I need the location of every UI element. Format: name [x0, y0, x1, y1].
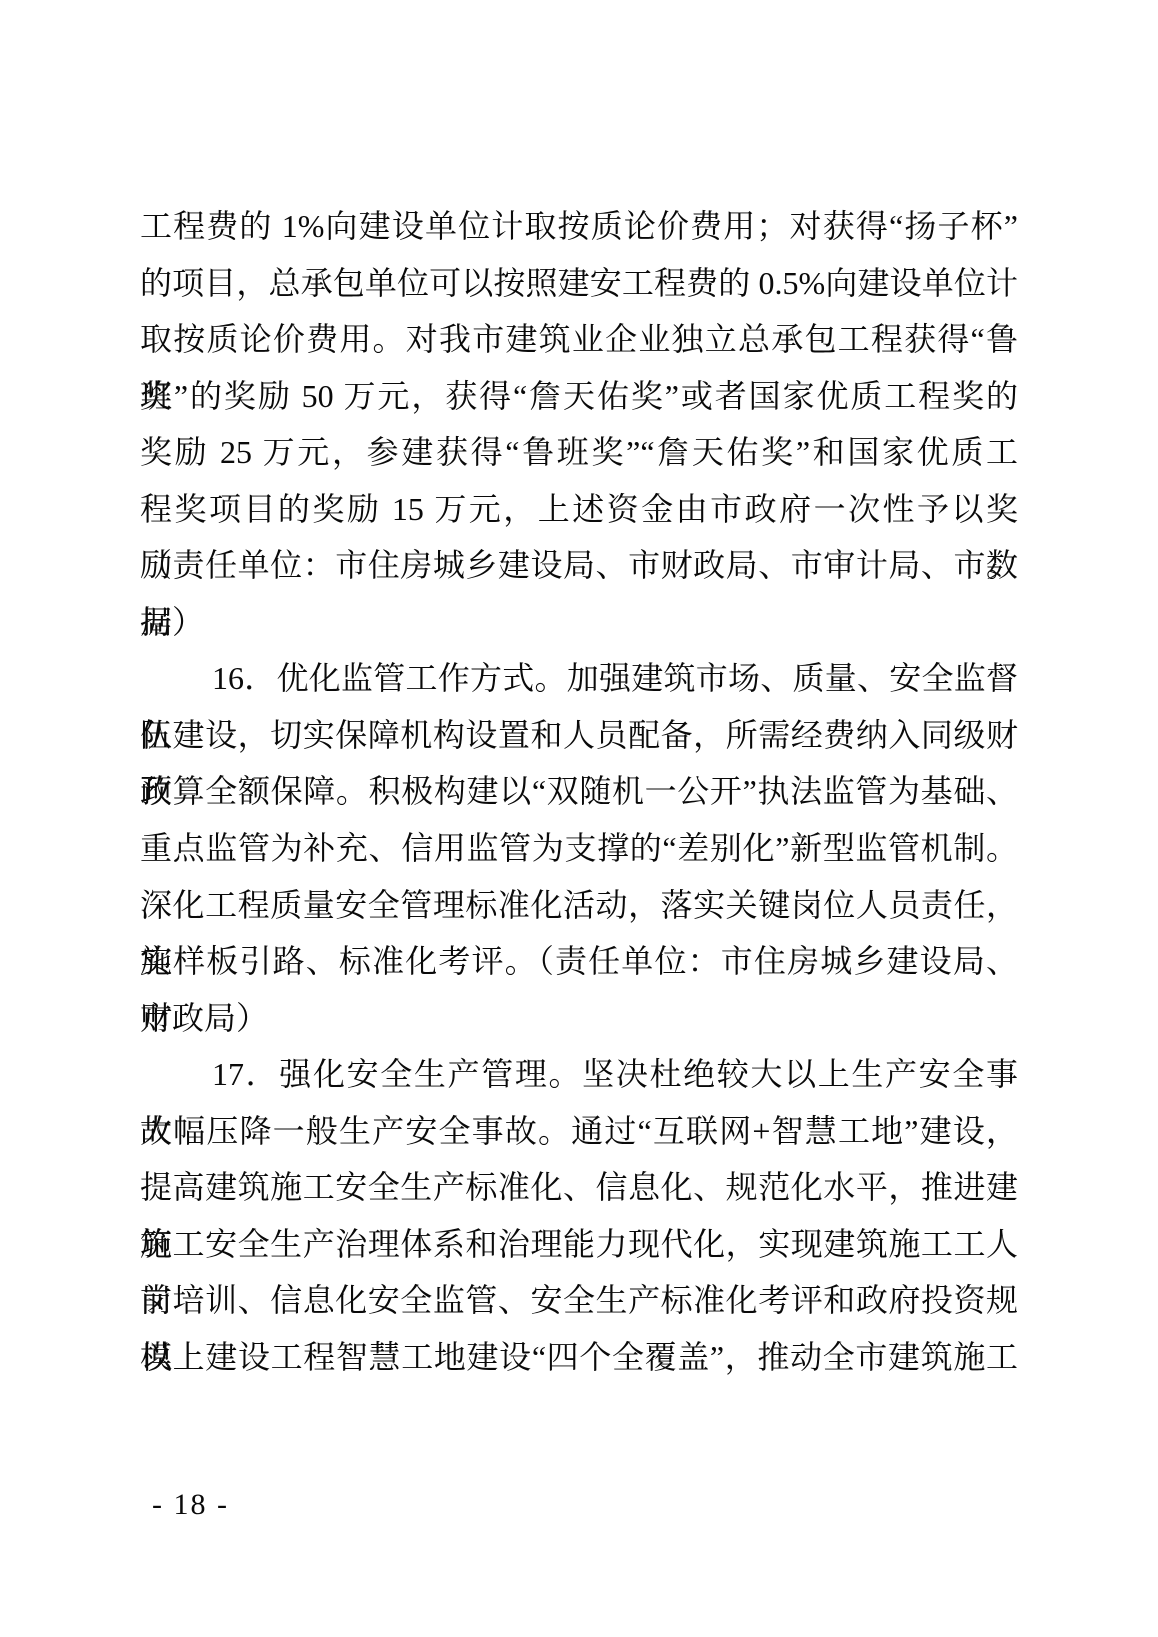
document-line: 大幅压降一般生产安全事故。通过“互联网+智慧工地”建设， — [140, 1103, 1018, 1160]
document-line: 局） — [140, 594, 1018, 651]
document-line: 16．优化监管工作方式。加强建筑市场、质量、安全监督队 — [140, 650, 1018, 707]
document-line: 施工安全生产治理体系和治理能力现代化，实现建筑施工工人岗 — [140, 1216, 1018, 1273]
document-line: 17．强化安全生产管理。坚决杜绝较大以上生产安全事故， — [140, 1046, 1018, 1103]
document-line: 的项目，总承包单位可以按照建安工程费的 0.5%向建设单位计 — [140, 255, 1018, 312]
document-line: 伍建设，切实保障机构设置和人员配备，所需经费纳入同级财政 — [140, 707, 1018, 764]
document-line: 工程费的 1%向建设单位计取按质论价费用；对获得“扬子杯” — [140, 198, 1018, 255]
document-line: 重点监管为补充、信用监管为支撑的“差别化”新型监管机制。 — [140, 820, 1018, 877]
document-line: 取按质论价费用。对我市建筑业企业独立总承包工程获得“鲁班 — [140, 311, 1018, 368]
document-page: 工程费的 1%向建设单位计取按质论价费用；对获得“扬子杯”的项目，总承包单位可以… — [0, 0, 1158, 1637]
document-line: 奖励 25 万元，参建获得“鲁班奖”“詹天佑奖”和国家优质工 — [140, 424, 1018, 481]
document-line: 前培训、信息化安全监管、安全生产标准化考评和政府投资规模 — [140, 1272, 1018, 1329]
document-line: 深化工程质量安全管理标准化活动，落实关键岗位人员责任，实 — [140, 877, 1018, 934]
page-number: - 18 - — [152, 1488, 229, 1522]
document-line: 以上建设工程智慧工地建设“四个全覆盖”，推动全市建筑施工 — [140, 1329, 1018, 1386]
document-line: 预算全额保障。积极构建以“双随机一公开”执法监管为基础、 — [140, 763, 1018, 820]
document-line: 施样板引路、标准化考评。（责任单位：市住房城乡建设局、市 — [140, 933, 1018, 990]
document-line: 财政局） — [140, 990, 1018, 1047]
document-line: （责任单位：市住房城乡建设局、市财政局、市审计局、市数据 — [140, 537, 1018, 594]
document-line: 提高建筑施工安全生产标准化、信息化、规范化水平，推进建筑 — [140, 1159, 1018, 1216]
document-line: 奖”的奖励 50 万元，获得“詹天佑奖”或者国家优质工程奖的 — [140, 368, 1018, 425]
document-text: 工程费的 1%向建设单位计取按质论价费用；对获得“扬子杯”的项目，总承包单位可以… — [140, 198, 1018, 1385]
document-line: 程奖项目的奖励 15 万元，上述资金由市政府一次性予以奖励。 — [140, 481, 1018, 538]
